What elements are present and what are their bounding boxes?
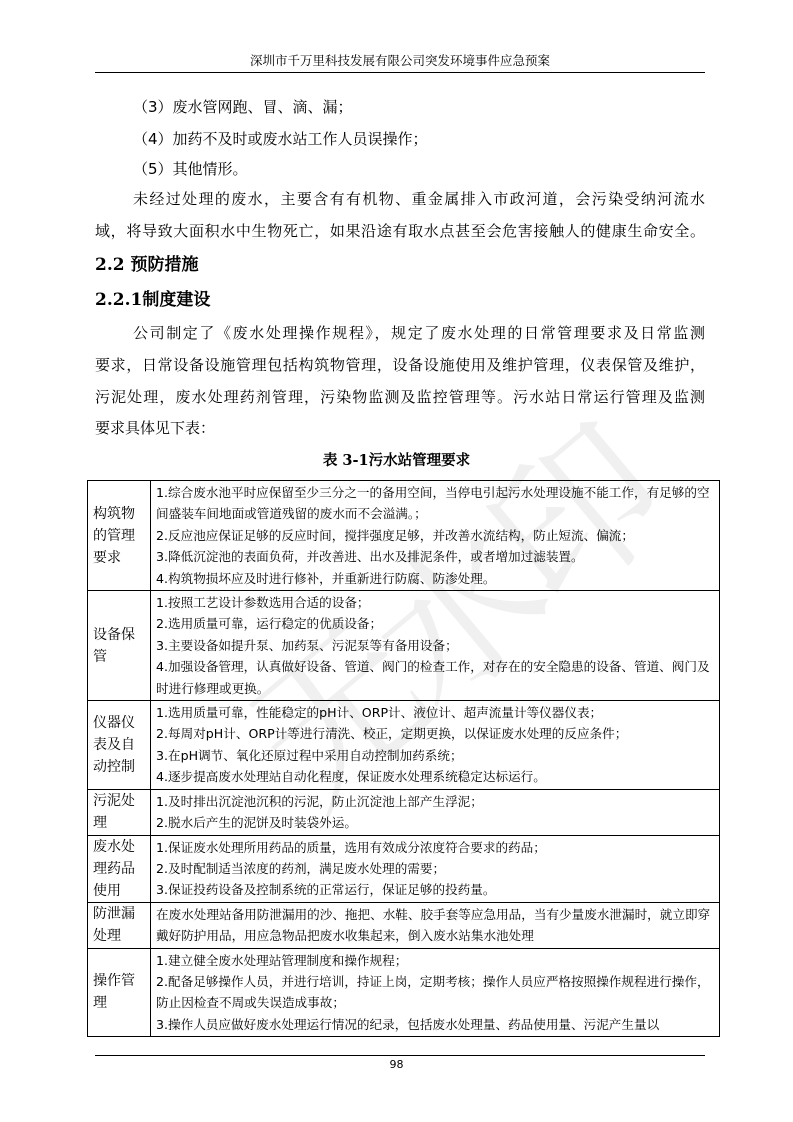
category-cell: 构筑物的管理要求: [88, 481, 151, 591]
requirement-item: 1.保证废水处理所用药品的质量，选用有效成分浓度符合要求的药品；: [156, 837, 715, 858]
requirements-cell: 1.保证废水处理所用药品的质量，选用有效成分浓度符合要求的药品； 2.及时配制适…: [151, 835, 720, 902]
requirements-cell: 1.建立健全废水处理站管理制度和操作规程； 2.配备足够操作人员，并进行培训，持…: [151, 948, 720, 1037]
header-divider: [95, 72, 705, 73]
requirement-item: 1.及时排出沉淀池沉积的污泥，防止沉淀池上部产生浮泥；: [156, 791, 715, 812]
requirement-item: 1.按照工艺设计参数选用合适的设备；: [156, 592, 715, 613]
category-cell: 废水处理药品使用: [88, 835, 151, 902]
requirement-item: 1.选用质量可靠，性能稳定的pH计、ORP计、液位计、超声流量计等仪器仪表；: [156, 702, 715, 723]
requirement-item: 4.构筑物损坏应及时进行修补，并重新进行防腐、防渗处理。: [156, 568, 715, 589]
table-row: 废水处理药品使用 1.保证废水处理所用药品的质量，选用有效成分浓度符合要求的药品…: [88, 835, 720, 902]
requirement-item: 1.综合废水池平时应保留至少三分之一的备用空间，当停电引起污水处理设施不能工作，…: [156, 482, 715, 525]
table-row: 防泄漏处理 在废水处理站备用防泄漏用的沙、拖把、水鞋、胶手套等应急用品，当有少量…: [88, 902, 720, 948]
requirement-item: 1.建立健全废水处理站管理制度和操作规程；: [156, 950, 715, 971]
table-row: 操作管理 1.建立健全废水处理站管理制度和操作规程； 2.配备足够操作人员，并进…: [88, 948, 720, 1037]
cause-item-5: （5）其他情形。: [133, 159, 248, 179]
subsection-heading: 2.2.1制度建设: [95, 289, 210, 311]
requirement-item: 2.选用质量可靠，运行稳定的优质设备；: [156, 613, 715, 634]
requirements-cell: 在废水处理站备用防泄漏用的沙、拖把、水鞋、胶手套等应急用品，当有少量废水泄漏时，…: [151, 902, 720, 948]
system-paragraph-line-2: 要求，日常设备设施管理包括构筑物管理，设备设施使用及维护管理，仪表保管及维护，: [95, 355, 705, 375]
requirements-cell: 1.综合废水池平时应保留至少三分之一的备用空间，当停电引起污水处理设施不能工作，…: [151, 481, 720, 591]
system-paragraph-line-1: 公司制定了《废水处理操作规程》，规定了废水处理的日常管理要求及日常监测: [133, 323, 705, 343]
table-row: 构筑物的管理要求 1.综合废水池平时应保留至少三分之一的备用空间，当停电引起污水…: [88, 481, 720, 591]
table-row: 仪器仪表及自动控制 1.选用质量可靠，性能稳定的pH计、ORP计、液位计、超声流…: [88, 701, 720, 790]
requirement-item: 4.逐步提高废水处理站自动化程度，保证废水处理系统稳定达标运行。: [156, 766, 715, 787]
requirement-item: 3.主要设备如提升泵、加药泵、污泥泵等有备用设备；: [156, 635, 715, 656]
requirement-item: 2.脱水后产生的泥饼及时装袋外运。: [156, 812, 715, 833]
footer-divider: [95, 1055, 705, 1056]
page-header-title: 深圳市千万里科技发展有限公司突发环境事件应急预案: [95, 52, 705, 70]
section-heading: 2.2 预防措施: [95, 254, 199, 276]
requirement-item: 3.降低沉淀池的表面负荷，并改善进、出水及排泥条件，或者增加过滤装置。: [156, 546, 715, 567]
table-row: 设备保管 1.按照工艺设计参数选用合适的设备； 2.选用质量可靠，运行稳定的优质…: [88, 591, 720, 701]
requirements-cell: 1.选用质量可靠，性能稳定的pH计、ORP计、液位计、超声流量计等仪器仪表； 2…: [151, 701, 720, 790]
table-row: 污泥处理 1.及时排出沉淀池沉积的污泥，防止沉淀池上部产生浮泥； 2.脱水后产生…: [88, 789, 720, 835]
system-paragraph-line-3: 污泥处理，废水处理药剂管理，污染物监测及监控管理等。污水站日常运行管理及监测: [95, 387, 705, 407]
requirement-item: 3.在pH调节、氧化还原过程中采用自动控制加药系统；: [156, 745, 715, 766]
requirements-cell: 1.按照工艺设计参数选用合适的设备； 2.选用质量可靠，运行稳定的优质设备； 3…: [151, 591, 720, 701]
table-caption: 表 3-1污水站管理要求: [0, 451, 793, 471]
management-requirements-table: 构筑物的管理要求 1.综合废水池平时应保留至少三分之一的备用空间，当停电引起污水…: [87, 480, 720, 1037]
requirement-item: 2.反应池应保证足够的反应时间，搅拌强度足够，并改善水流结构，防止短流、偏流；: [156, 525, 715, 546]
system-paragraph-line-4: 要求具体见下表：: [95, 418, 215, 438]
category-cell: 操作管理: [88, 948, 151, 1037]
requirement-item: 3.操作人员应做好废水处理运行情况的纪录，包括废水处理量、药品使用量、污泥产生量…: [156, 1014, 715, 1035]
requirements-cell: 1.及时排出沉淀池沉积的污泥，防止沉淀池上部产生浮泥； 2.脱水后产生的泥饼及时…: [151, 789, 720, 835]
requirement-item: 2.每周对pH计、ORP计等进行清洗、校正，定期更换，以保证废水处理的反应条件；: [156, 723, 715, 744]
cause-item-3: （3）废水管网跑、冒、滴、漏；: [133, 97, 353, 117]
requirement-item: 3.保证投药设备及控制系统的正常运行，保证足够的投药量。: [156, 879, 715, 900]
requirement-item: 2.及时配制适当浓度的药剂，满足废水处理的需要；: [156, 858, 715, 879]
category-cell: 防泄漏处理: [88, 902, 151, 948]
category-cell: 设备保管: [88, 591, 151, 701]
cause-item-4: （4）加药不及时或废水站工作人员误操作；: [133, 129, 428, 149]
consequence-paragraph-line-2: 域，将导致大面积水中生物死亡，如果沿途有取水点甚至会危害接触人的健康生命安全。: [95, 221, 705, 241]
requirement-item: 2.配备足够操作人员，并进行培训，持证上岗，定期考核；操作人员应严格按照操作规程…: [156, 971, 715, 1014]
requirement-item: 4.加强设备管理，认真做好设备、管道、阀门的检查工作，对存在的安全隐患的设备、管…: [156, 656, 715, 699]
requirement-item: 在废水处理站备用防泄漏用的沙、拖把、水鞋、胶手套等应急用品，当有少量废水泄漏时，…: [156, 904, 715, 947]
consequence-paragraph-line-1: 未经过处理的废水，主要含有有机物、重金属排入市政河道，会污染受纳河流水: [133, 189, 705, 209]
category-cell: 污泥处理: [88, 789, 151, 835]
category-cell: 仪器仪表及自动控制: [88, 701, 151, 790]
page-number: 98: [0, 1058, 793, 1072]
